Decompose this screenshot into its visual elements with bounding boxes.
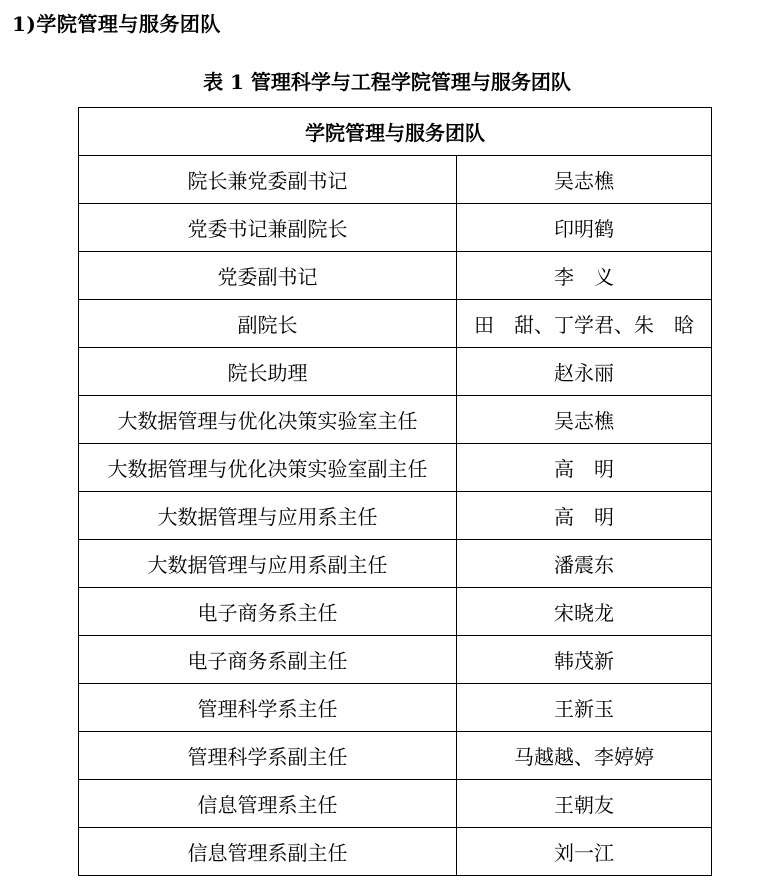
- table-row: 副院长田 甜、丁学君、朱 晗: [79, 300, 712, 348]
- table-row: 院长兼党委副书记吴志樵: [79, 156, 712, 204]
- table-row: 大数据管理与应用系主任高 明: [79, 492, 712, 540]
- role-cell: 信息管理系主任: [79, 780, 457, 828]
- role-cell: 管理科学系副主任: [79, 732, 457, 780]
- table-row: 大数据管理与优化决策实验室主任吴志樵: [79, 396, 712, 444]
- role-cell: 电子商务系副主任: [79, 636, 457, 684]
- name-cell: 潘震东: [457, 540, 712, 588]
- name-cell: 高 明: [457, 492, 712, 540]
- role-cell: 信息管理系副主任: [79, 828, 457, 876]
- table-row: 党委副书记李 义: [79, 252, 712, 300]
- name-cell: 马越越、李婷婷: [457, 732, 712, 780]
- name-cell: 高 明: [457, 444, 712, 492]
- table-row: 信息管理系主任王朝友: [79, 780, 712, 828]
- name-cell: 赵永丽: [457, 348, 712, 396]
- name-cell: 李 义: [457, 252, 712, 300]
- table-caption: 表 1 管理科学与工程学院管理与服务团队: [0, 66, 774, 95]
- table-row: 电子商务系副主任韩茂新: [79, 636, 712, 684]
- role-cell: 党委副书记: [79, 252, 457, 300]
- role-cell: 大数据管理与优化决策实验室主任: [79, 396, 457, 444]
- name-cell: 刘一江: [457, 828, 712, 876]
- table-row: 管理科学系主任王新玉: [79, 684, 712, 732]
- role-cell: 大数据管理与优化决策实验室副主任: [79, 444, 457, 492]
- role-cell: 党委书记兼副院长: [79, 204, 457, 252]
- table-row: 电子商务系主任宋晓龙: [79, 588, 712, 636]
- name-cell: 田 甜、丁学君、朱 晗: [457, 300, 712, 348]
- name-cell: 王新玉: [457, 684, 712, 732]
- name-cell: 吴志樵: [457, 156, 712, 204]
- team-table: 学院管理与服务团队 院长兼党委副书记吴志樵 党委书记兼副院长印明鹤 党委副书记李…: [78, 107, 712, 876]
- name-cell: 韩茂新: [457, 636, 712, 684]
- name-cell: 吴志樵: [457, 396, 712, 444]
- role-cell: 院长兼党委副书记: [79, 156, 457, 204]
- name-cell: 王朝友: [457, 780, 712, 828]
- table-row: 信息管理系副主任刘一江: [79, 828, 712, 876]
- role-cell: 大数据管理与应用系副主任: [79, 540, 457, 588]
- table-row: 院长助理赵永丽: [79, 348, 712, 396]
- role-cell: 电子商务系主任: [79, 588, 457, 636]
- name-cell: 宋晓龙: [457, 588, 712, 636]
- table-header-row: 学院管理与服务团队: [79, 108, 712, 156]
- table-row: 大数据管理与应用系副主任潘震东: [79, 540, 712, 588]
- section-heading: 1)学院管理与服务团队: [12, 8, 221, 37]
- role-cell: 院长助理: [79, 348, 457, 396]
- table-row: 大数据管理与优化决策实验室副主任高 明: [79, 444, 712, 492]
- role-cell: 管理科学系主任: [79, 684, 457, 732]
- table-header: 学院管理与服务团队: [79, 108, 712, 156]
- table-row: 管理科学系副主任马越越、李婷婷: [79, 732, 712, 780]
- table-row: 党委书记兼副院长印明鹤: [79, 204, 712, 252]
- role-cell: 大数据管理与应用系主任: [79, 492, 457, 540]
- name-cell: 印明鹤: [457, 204, 712, 252]
- role-cell: 副院长: [79, 300, 457, 348]
